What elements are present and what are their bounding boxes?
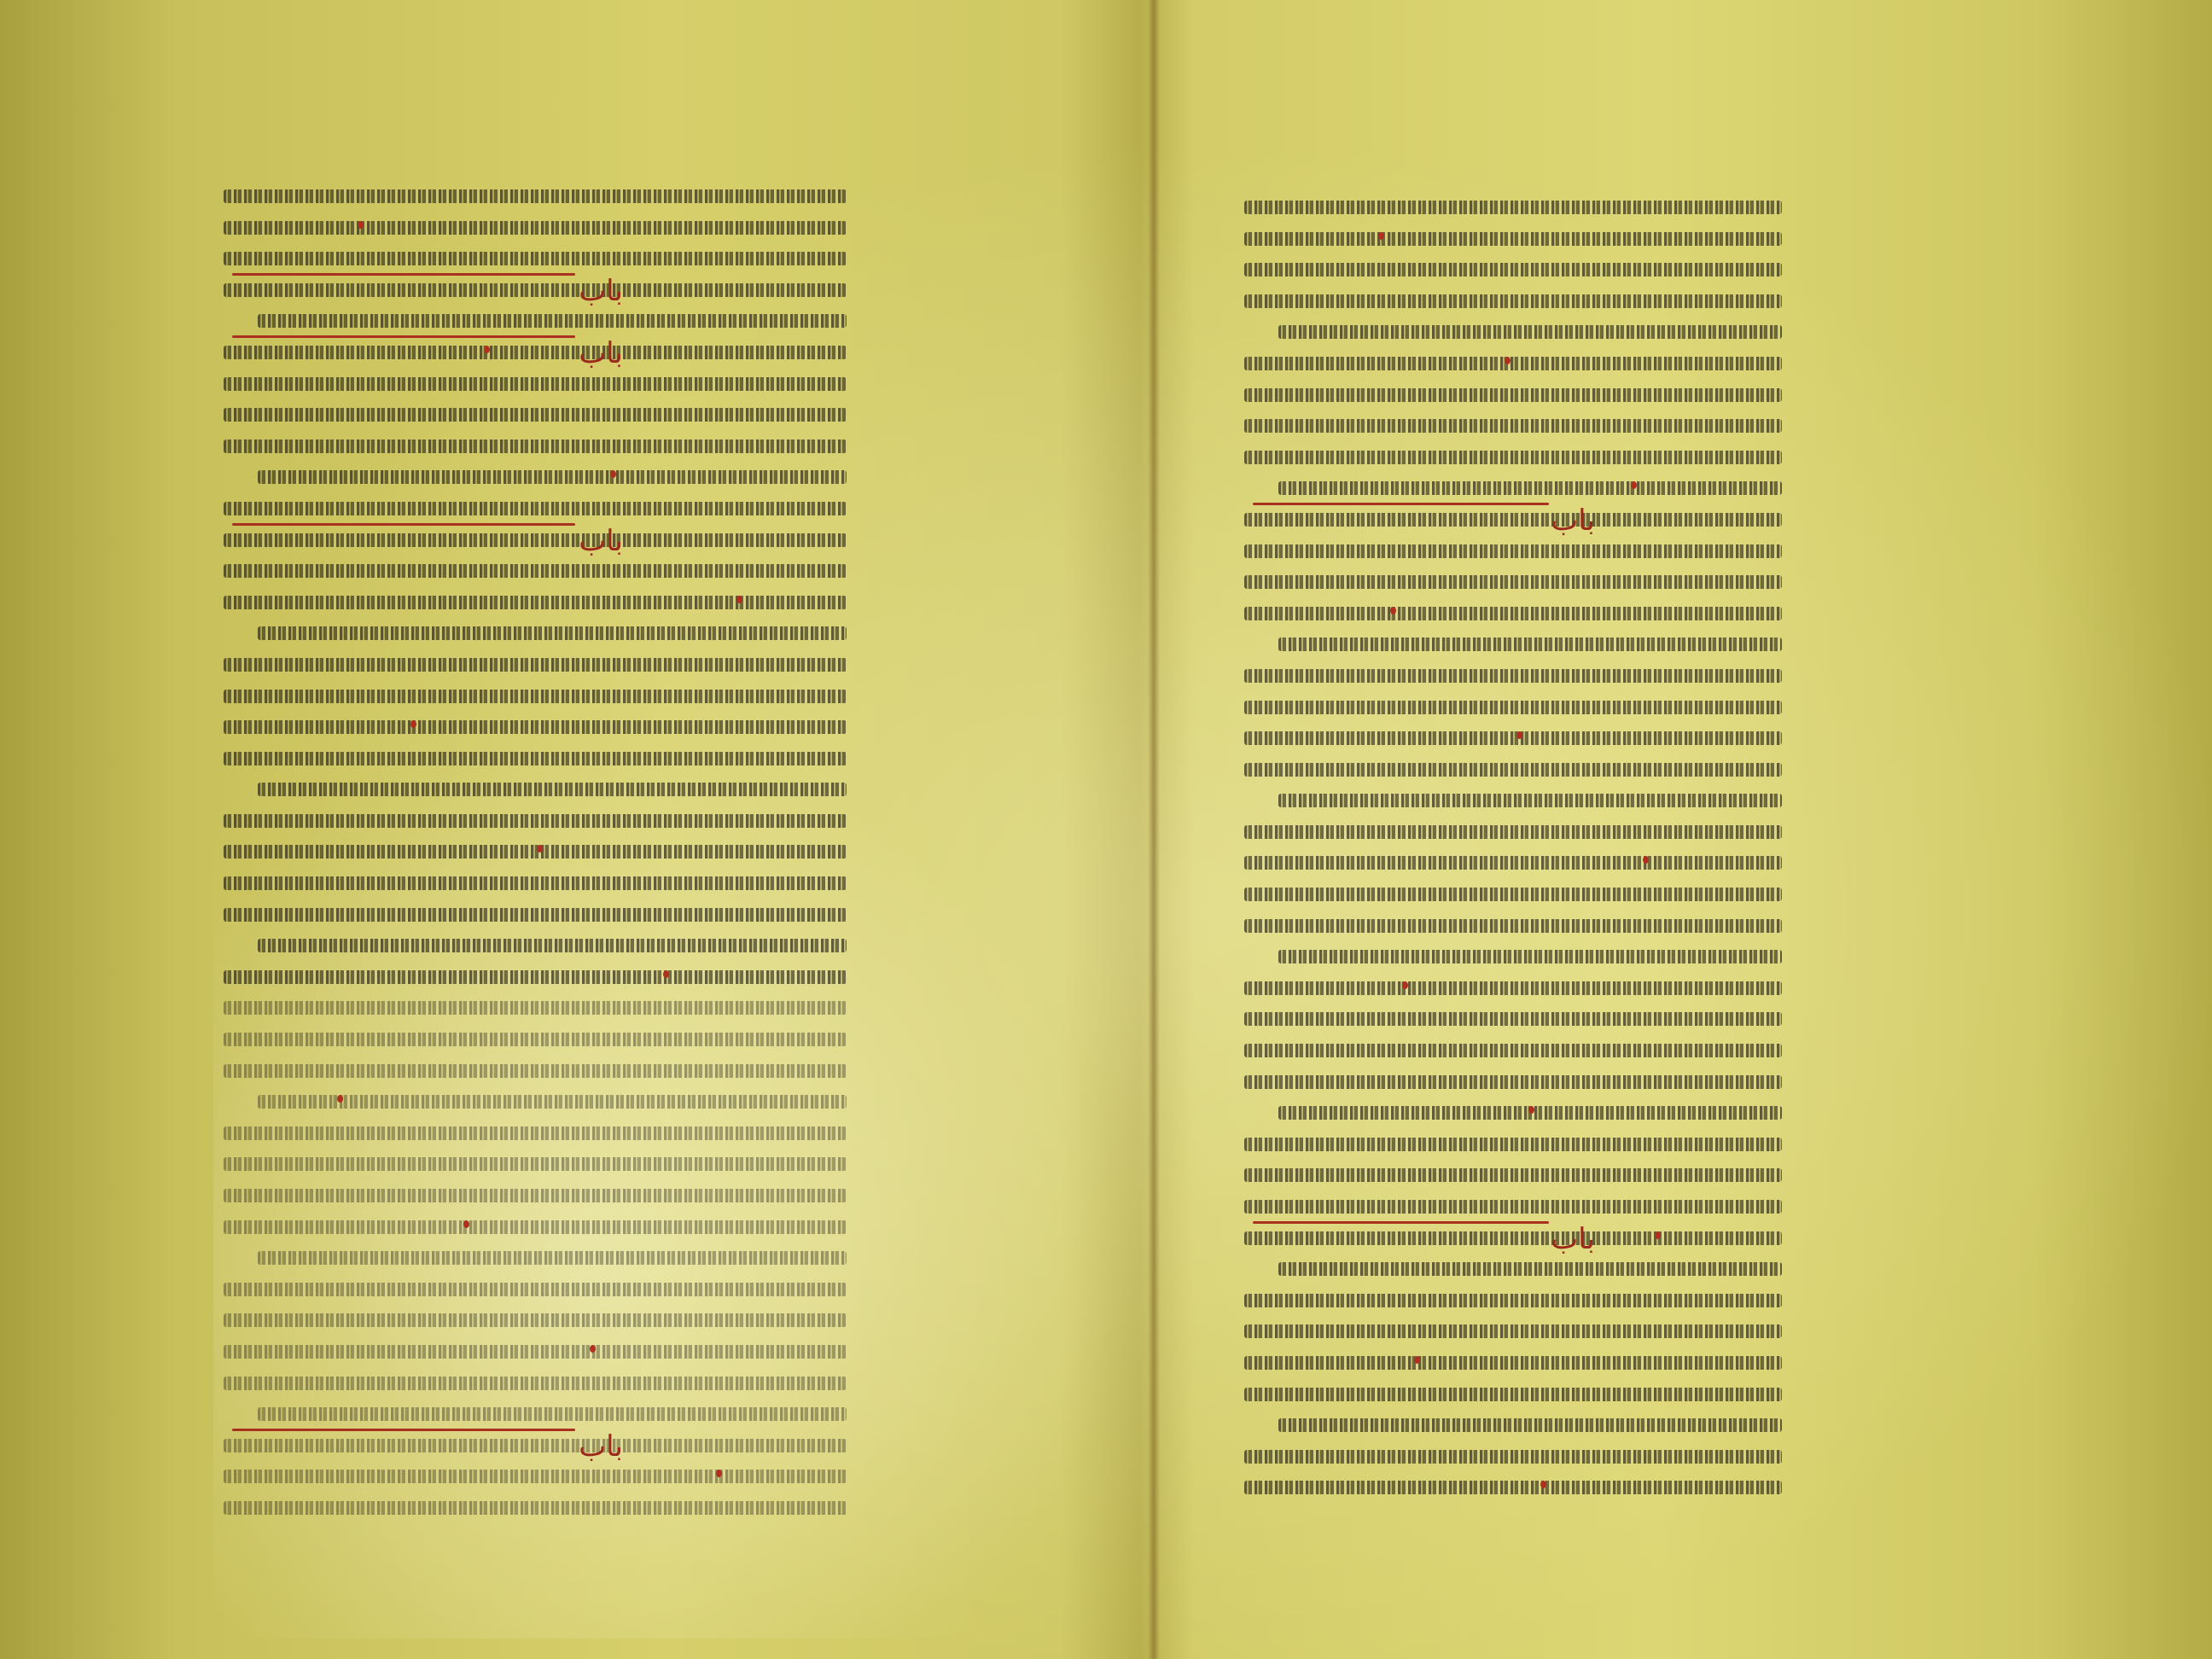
handwritten-text [258, 1251, 847, 1265]
manuscript-line [1244, 598, 1782, 630]
manuscript-line [224, 556, 847, 587]
handwritten-text [1244, 294, 1782, 308]
handwritten-text [224, 658, 847, 672]
manuscript-line: باب [224, 1430, 847, 1462]
handwritten-text [224, 690, 847, 703]
manuscript-line [1244, 192, 1782, 224]
manuscript-line [1244, 692, 1782, 724]
manuscript-line [1244, 941, 1782, 973]
manuscript-line [224, 743, 847, 775]
manuscript-line [1244, 1129, 1782, 1161]
manuscript-line [224, 1024, 847, 1056]
handwritten-text [1244, 1481, 1782, 1494]
handwritten-text [1244, 825, 1782, 839]
handwritten-text [1244, 357, 1782, 370]
manuscript-line [224, 1493, 847, 1524]
manuscript-line [224, 1056, 847, 1087]
manuscript-line [224, 1305, 847, 1336]
handwritten-text [224, 439, 847, 453]
handwritten-text [224, 752, 847, 765]
manuscript-line [224, 243, 847, 275]
manuscript-line [224, 618, 847, 649]
handwritten-text [1278, 950, 1782, 963]
handwritten-text [1244, 669, 1782, 683]
handwritten-text [1244, 201, 1782, 214]
red-dot-separator [463, 1220, 469, 1228]
handwritten-text [224, 845, 847, 859]
handwritten-text [224, 596, 847, 609]
manuscript-line [1244, 567, 1782, 598]
red-dot-separator [1390, 607, 1396, 614]
manuscript-line [224, 1368, 847, 1400]
manuscript-line [224, 681, 847, 713]
handwritten-text [1244, 607, 1782, 620]
manuscript-line [1244, 1441, 1782, 1473]
manuscript-line: باب [1244, 504, 1782, 536]
manuscript-line [224, 774, 847, 806]
manuscript-line [224, 930, 847, 962]
handwritten-text [224, 876, 847, 890]
red-dot-separator [736, 596, 742, 603]
handwritten-text [1244, 388, 1782, 402]
manuscript-line [1244, 348, 1782, 380]
handwritten-text [1244, 513, 1782, 527]
rubric-bab: باب [1551, 506, 1595, 535]
red-overline [232, 1429, 575, 1431]
manuscript-line [1244, 973, 1782, 1004]
handwritten-text [1244, 981, 1782, 995]
manuscript-line [1244, 1191, 1782, 1223]
manuscript-line [1244, 817, 1782, 848]
manuscript-line [1244, 536, 1782, 568]
manuscript-line [1244, 785, 1782, 817]
handwritten-text [258, 1407, 847, 1421]
manuscript-line [1244, 1285, 1782, 1317]
red-dot-separator [1505, 357, 1511, 364]
rubric-bab: باب [579, 276, 623, 306]
handwritten-text [1244, 919, 1782, 933]
manuscript-line [224, 369, 847, 400]
manuscript-line [1244, 879, 1782, 911]
manuscript-line [1244, 1160, 1782, 1191]
handwritten-text [1244, 1450, 1782, 1464]
manuscript-line [224, 806, 847, 837]
handwritten-text [224, 533, 847, 547]
manuscript-line [1244, 629, 1782, 661]
manuscript-line [1244, 723, 1782, 754]
rubric-bab: باب [579, 1432, 623, 1461]
handwritten-text [1244, 263, 1782, 276]
manuscript-line [224, 1461, 847, 1493]
handwritten-text [258, 626, 847, 640]
handwritten-text [1278, 481, 1782, 495]
manuscript-line [1244, 1004, 1782, 1035]
handwritten-text [224, 814, 847, 828]
handwritten-text [224, 1033, 847, 1046]
handwritten-text [258, 939, 847, 952]
handwritten-text [224, 1157, 847, 1171]
handwritten-text [1244, 888, 1782, 901]
manuscript-line [224, 712, 847, 743]
manuscript-line [224, 899, 847, 931]
manuscript-line [1244, 911, 1782, 942]
manuscript-line: باب [224, 275, 847, 306]
handwritten-text [1244, 763, 1782, 777]
handwritten-text [1244, 1324, 1782, 1338]
manuscript-line [224, 1118, 847, 1150]
manuscript-line [1244, 847, 1782, 879]
red-dot-separator [1402, 981, 1408, 989]
handwritten-text [1244, 1044, 1782, 1057]
rubric-bab: باب [579, 339, 623, 368]
handwritten-text [224, 252, 847, 265]
manuscript-line [224, 212, 847, 244]
manuscript-line [1244, 380, 1782, 411]
handwritten-text [224, 1377, 847, 1390]
manuscript-line [224, 1212, 847, 1243]
handwritten-text [1244, 451, 1782, 464]
handwritten-text [224, 377, 847, 391]
manuscript-spread: بابباببابباب بابباب [0, 0, 2212, 1659]
manuscript-line [224, 306, 847, 337]
handwritten-text [224, 970, 847, 984]
manuscript-line [1244, 410, 1782, 442]
manuscript-line [1244, 754, 1782, 786]
manuscript-line [224, 1149, 847, 1180]
manuscript-line [224, 1336, 847, 1368]
handwritten-text [224, 283, 847, 297]
handwritten-text [258, 314, 847, 328]
red-dot-separator [484, 346, 490, 353]
manuscript-line [1244, 442, 1782, 474]
handwritten-text [258, 783, 847, 796]
handwritten-text [1244, 1200, 1782, 1214]
handwritten-text [1244, 731, 1782, 745]
book-gutter [1148, 0, 1160, 1659]
manuscript-line [224, 1274, 847, 1306]
handwritten-text [1244, 1138, 1782, 1151]
manuscript-line [1244, 286, 1782, 317]
handwritten-text [1278, 1418, 1782, 1432]
manuscript-line [1244, 1035, 1782, 1067]
handwritten-text [224, 1064, 847, 1078]
red-dot-separator [1655, 1231, 1661, 1239]
manuscript-line [224, 587, 847, 619]
handwritten-text [1244, 232, 1782, 246]
manuscript-line [1244, 1316, 1782, 1348]
handwritten-text [1244, 575, 1782, 589]
manuscript-line [1244, 317, 1782, 348]
right-page: بابباب [1244, 192, 1782, 1504]
red-dot-separator [1414, 1356, 1420, 1364]
handwritten-text [224, 720, 847, 734]
manuscript-line [1244, 661, 1782, 692]
red-overline [232, 273, 575, 276]
handwritten-text [1244, 1356, 1782, 1370]
handwritten-text [1244, 1012, 1782, 1026]
manuscript-line [224, 181, 847, 212]
handwritten-text [224, 408, 847, 422]
red-dot-separator [663, 970, 669, 978]
handwritten-text [1278, 637, 1782, 651]
manuscript-line [224, 1243, 847, 1274]
handwritten-text [1278, 1262, 1782, 1276]
manuscript-line [224, 1180, 847, 1212]
manuscript-line [1244, 224, 1782, 255]
handwritten-text [1244, 419, 1782, 433]
manuscript-line [1244, 473, 1782, 504]
manuscript-line [224, 431, 847, 463]
handwritten-text [224, 1001, 847, 1015]
handwritten-text [224, 221, 847, 235]
handwritten-text [1244, 1388, 1782, 1401]
handwritten-text [224, 1470, 847, 1483]
manuscript-line [1244, 1348, 1782, 1379]
manuscript-line [224, 649, 847, 681]
manuscript-line [1244, 1379, 1782, 1411]
handwritten-text [1244, 1294, 1782, 1307]
handwritten-text [224, 1501, 847, 1515]
manuscript-line [1244, 1410, 1782, 1441]
handwritten-text [258, 470, 847, 484]
handwritten-text [224, 502, 847, 515]
manuscript-line [224, 868, 847, 899]
red-overline [1253, 1221, 1549, 1224]
manuscript-line [224, 462, 847, 493]
handwritten-text [1244, 1231, 1782, 1245]
handwritten-text [224, 1126, 847, 1140]
rubric-bab: باب [1551, 1225, 1595, 1254]
handwritten-text [224, 908, 847, 922]
handwritten-text [258, 1095, 847, 1109]
manuscript-line: باب [224, 525, 847, 556]
manuscript-line [1244, 1097, 1782, 1129]
handwritten-text [224, 1220, 847, 1234]
handwritten-text [224, 346, 847, 359]
red-dot-separator [358, 221, 364, 229]
red-overline [232, 335, 575, 338]
left-page: بابباببابباب [224, 181, 847, 1524]
handwritten-text [1244, 544, 1782, 558]
handwritten-text [224, 1283, 847, 1296]
handwritten-text [1278, 325, 1782, 339]
manuscript-line [224, 1399, 847, 1430]
red-overline [1253, 503, 1549, 505]
handwritten-text [224, 1345, 847, 1359]
red-overline [232, 523, 575, 526]
manuscript-line [224, 1086, 847, 1118]
manuscript-line [224, 493, 847, 525]
handwritten-text [1244, 1168, 1782, 1182]
handwritten-text [224, 1189, 847, 1202]
manuscript-line [224, 992, 847, 1024]
red-dot-separator [1378, 232, 1384, 240]
manuscript-line [224, 962, 847, 993]
handwritten-text [1278, 794, 1782, 807]
manuscript-line [1244, 1254, 1782, 1285]
handwritten-text [224, 1439, 847, 1452]
manuscript-line [224, 836, 847, 868]
manuscript-line [1244, 254, 1782, 286]
handwritten-text [1244, 701, 1782, 714]
rubric-bab: باب [579, 527, 623, 556]
handwritten-text [1244, 1075, 1782, 1089]
handwritten-text [224, 1313, 847, 1327]
handwritten-text [224, 564, 847, 578]
manuscript-line [1244, 1067, 1782, 1098]
handwritten-text [224, 189, 847, 203]
red-dot-separator [590, 1345, 596, 1353]
manuscript-line [1244, 1472, 1782, 1504]
manuscript-line [224, 399, 847, 431]
manuscript-line: باب [1244, 1223, 1782, 1254]
manuscript-line: باب [224, 337, 847, 369]
handwritten-text [1244, 856, 1782, 870]
